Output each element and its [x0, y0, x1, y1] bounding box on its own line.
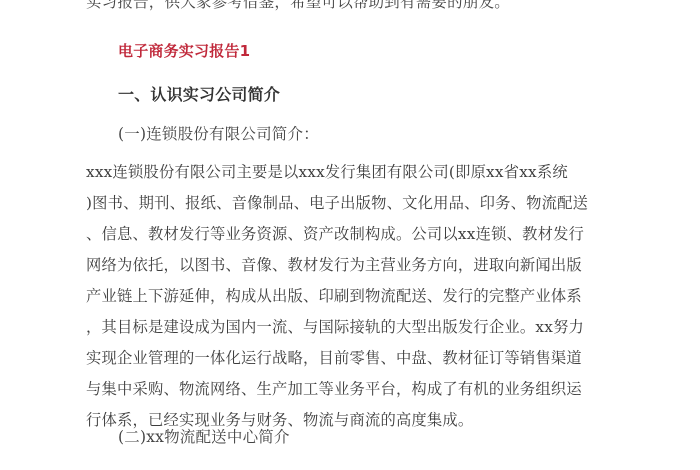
- paragraph-line: 与集中采购、物流网络、生产加工等业务平台，构成了有机的业务组织运: [86, 377, 582, 399]
- paragraph-line: 实现企业管理的一体化运行战略，目前零售、中盘、教材征订等销售渠道: [86, 346, 582, 368]
- paragraph-line: 网络为依托，以图书、音像、教材发行为主营业务方向，进取向新闻出版: [86, 253, 582, 275]
- paragraph-line: 、信息、教材发行等业务资源、资产改制构成。公司以xx连锁、教材发行: [86, 222, 584, 244]
- section-heading: 一、认识实习公司简介: [118, 82, 280, 105]
- report-title: 电子商务实习报告1: [118, 40, 250, 61]
- paragraph-line: )图书、期刊、报纸、音像制品、电子出版物、文化用品、印务、物流配送: [86, 191, 588, 213]
- paragraph-line: 产业链上下游延伸，构成从出版、印刷到物流配送、发行的完整产业体系: [86, 284, 582, 306]
- paragraph-line: xxx连锁股份有限公司主要是以xxx发行集团有限公司(即原xx省xx系统: [86, 160, 568, 182]
- intro-line: 实习报告，供大家参考借鉴，希望可以帮助到有需要的朋友。: [86, 0, 510, 12]
- subsection-heading-2: (二)xx物流配送中心简介: [118, 425, 290, 447]
- document-page: 实习报告，供大家参考借鉴，希望可以帮助到有需要的朋友。 电子商务实习报告1 一、…: [0, 0, 700, 470]
- paragraph-line: ，其目标是建设成为国内一流、与国际接轨的大型出版发行企业。xx努力: [86, 315, 584, 337]
- subsection-heading: (一)连锁股份有限公司简介：: [118, 122, 319, 144]
